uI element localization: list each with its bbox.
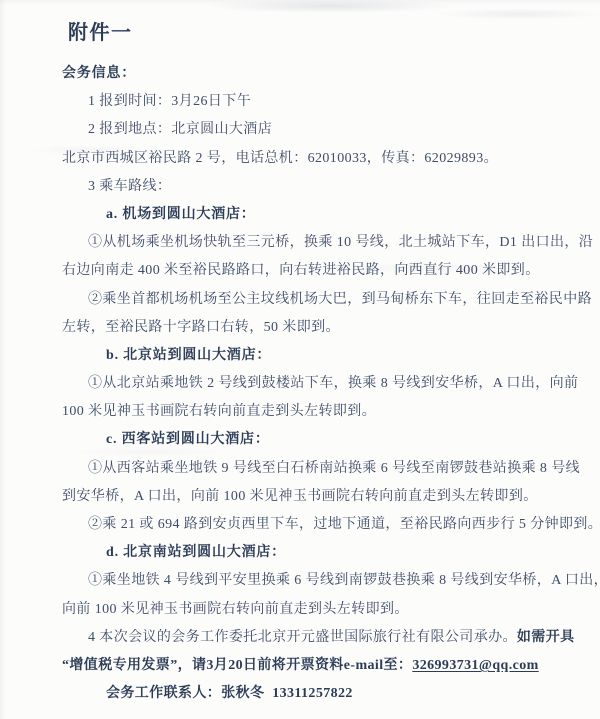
route-c1-line1: ①从西客站乘坐地铁 9 号线至白石桥南站换乘 6 号线至南锣鼓巷站换乘 8 号线 <box>62 455 560 483</box>
checkin-time-line: 1 报到时间：3月26日下午 <box>62 88 560 116</box>
organizer-text: 4 本次会议的会务工作委托北京开元盛世国际旅行社有限公司承办。 <box>88 630 517 645</box>
route-a2-line1: ②乘坐首都机场机场至公主坟线机场大巴，到马甸桥东下车，往回走至裕民中路 <box>62 286 560 314</box>
invoice-instruction: “增值税专用发票”，请3月20日前将开票资料e-mail至： <box>62 658 412 673</box>
route-a2-line2: 左转，至裕民路十字路口右转，50 米即到。 <box>62 314 560 342</box>
page-title: 附件一 <box>68 20 560 46</box>
routes-item-line: 3 乘车路线： <box>62 173 560 201</box>
route-a1-line2: 右边向南走 400 米至裕民路路口，向右转进裕民路，向西直行 400 米即到。 <box>62 257 560 285</box>
route-d1-line2: 向前 100 米见神玉书画院右转向前直走到头左转即到。 <box>62 596 560 624</box>
contact-line: 会务工作联系人：张秋冬 13311257822 <box>62 680 560 708</box>
route-a-heading: a. 机场到圆山大酒店： <box>62 201 560 229</box>
checkin-place-line: 2 报到地点：北京圆山大酒店 <box>62 116 560 144</box>
route-c-heading: c. 西客站到圆山大酒店： <box>62 426 560 454</box>
route-b-heading: b. 北京站到圆山大酒店： <box>62 342 560 370</box>
route-d1-line1: ①乘坐地铁 4 号线到平安里换乘 6 号线到南锣鼓巷换乘 8 号线到安华桥，A … <box>62 567 560 595</box>
route-a1-line1: ①从机场乘坐机场快轨至三元桥，换乘 10 号线，北土城站下车，D1 出口出，沿 <box>62 229 560 257</box>
scanned-document-page: 附件一 会务信息： 1 报到时间：3月26日下午 2 报到地点：北京圆山大酒店 … <box>0 0 600 719</box>
route-b1-line1: ①从北京站乘地铁 2 号线到鼓楼站下车，换乘 8 号线到安华桥，A 口出，向前 <box>62 370 560 398</box>
route-b1-line2: 100 米见神玉书画院右转向前直走到头左转即到。 <box>62 398 560 426</box>
email-link[interactable]: 326993731@qq.com <box>412 658 538 673</box>
invoice-line: “增值税专用发票”，请3月20日前将开票资料e-mail至：326993731@… <box>62 652 560 680</box>
document-content: 附件一 会务信息： 1 报到时间：3月26日下午 2 报到地点：北京圆山大酒店 … <box>62 20 560 708</box>
hotel-address-line: 北京市西城区裕民路 2 号，电话总机：62010033，传真：62029893。 <box>62 145 560 173</box>
route-d-heading: d. 北京南站到圆山大酒店： <box>62 539 560 567</box>
organizer-line: 4 本次会议的会务工作委托北京开元盛世国际旅行社有限公司承办。如需开具 <box>62 624 560 652</box>
invoice-notice-bold: 如需开具 <box>517 630 575 645</box>
section-heading: 会务信息： <box>62 60 560 88</box>
route-c1-line2: 到安华桥，A 口出，向前 100 米见神玉书画院右转向前直走到头左转即到。 <box>62 483 560 511</box>
route-c2-line: ②乘 21 或 694 路到安贞西里下车，过地下通道，至裕民路向西步行 5 分钟… <box>62 511 560 539</box>
